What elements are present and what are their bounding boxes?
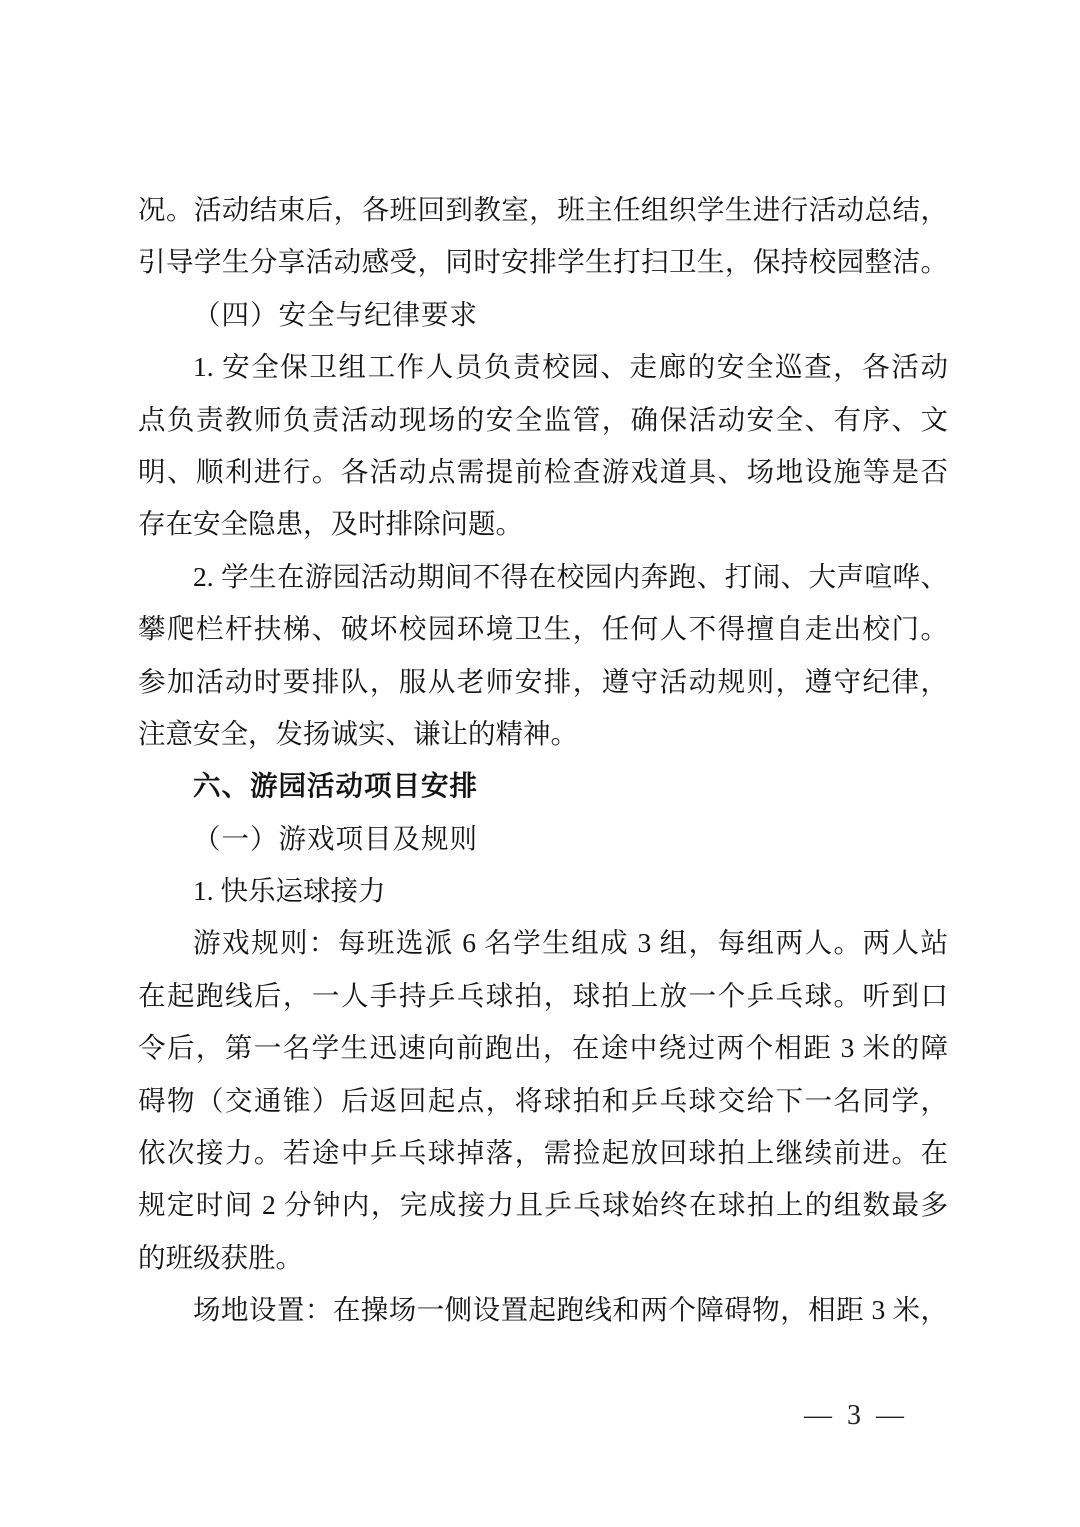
paragraph-line: 引导学生分享活动感受，同时安排学生打扫卫生，保持校园整洁。 xyxy=(138,236,948,288)
paragraph-line: 规定时间 2 分钟内，完成接力且乒乓球始终在球拍上的组数最多 xyxy=(138,1179,948,1231)
item-heading-relay: 1. 快乐运球接力 xyxy=(138,865,948,917)
paragraph-line: 在起跑线后，一人手持乒乓球拍，球拍上放一个乒乓球。听到口 xyxy=(138,970,948,1022)
document-page: 况。活动结束后，各班回到教室，班主任组织学生进行活动总结， 引导学生分享活动感受… xyxy=(0,0,1080,1527)
paragraph-line: 游戏规则：每班选派 6 名学生组成 3 组，每组两人。两人站 xyxy=(138,917,948,969)
document-body: 况。活动结束后，各班回到教室，班主任组织学生进行活动总结， 引导学生分享活动感受… xyxy=(138,184,948,1337)
subsection-heading-safety: （四）安全与纪律要求 xyxy=(138,289,948,341)
page-number: — 3 — xyxy=(804,1396,908,1436)
paragraph-line: 2. 学生在游园活动期间不得在校园内奔跑、打闹、大声喧哗、 xyxy=(138,551,948,603)
paragraph-line: 令后，第一名学生迅速向前跑出，在途中绕过两个相距 3 米的障 xyxy=(138,1022,948,1074)
subsection-heading-games: （一）游戏项目及规则 xyxy=(138,813,948,865)
paragraph-line: 参加活动时要排队，服从老师安排，遵守活动规则，遵守纪律， xyxy=(138,656,948,708)
paragraph-line: 明、顺利进行。各活动点需提前检查游戏道具、场地设施等是否 xyxy=(138,446,948,498)
paragraph-line: 注意安全，发扬诚实、谦让的精神。 xyxy=(138,708,948,760)
paragraph-line: 1. 安全保卫组工作人员负责校园、走廊的安全巡查，各活动 xyxy=(138,341,948,393)
paragraph-line: 的班级获胜。 xyxy=(138,1232,948,1284)
paragraph-line: 攀爬栏杆扶梯、破坏校园环境卫生，任何人不得擅自走出校门。 xyxy=(138,603,948,655)
paragraph-line: 存在安全隐患，及时排除问题。 xyxy=(138,498,948,550)
paragraph-line: 点负责教师负责活动现场的安全监管，确保活动安全、有序、文 xyxy=(138,394,948,446)
paragraph-line: 场地设置：在操场一侧设置起跑线和两个障碍物，相距 3 米， xyxy=(138,1284,948,1336)
paragraph-line: 依次接力。若途中乒乓球掉落，需捡起放回球拍上继续前进。在 xyxy=(138,1127,948,1179)
paragraph-line: 况。活动结束后，各班回到教室，班主任组织学生进行活动总结， xyxy=(138,184,948,236)
paragraph-line: 碍物（交通锥）后返回起点，将球拍和乒乓球交给下一名同学， xyxy=(138,1075,948,1127)
section-heading-activities: 六、游园活动项目安排 xyxy=(138,760,948,812)
